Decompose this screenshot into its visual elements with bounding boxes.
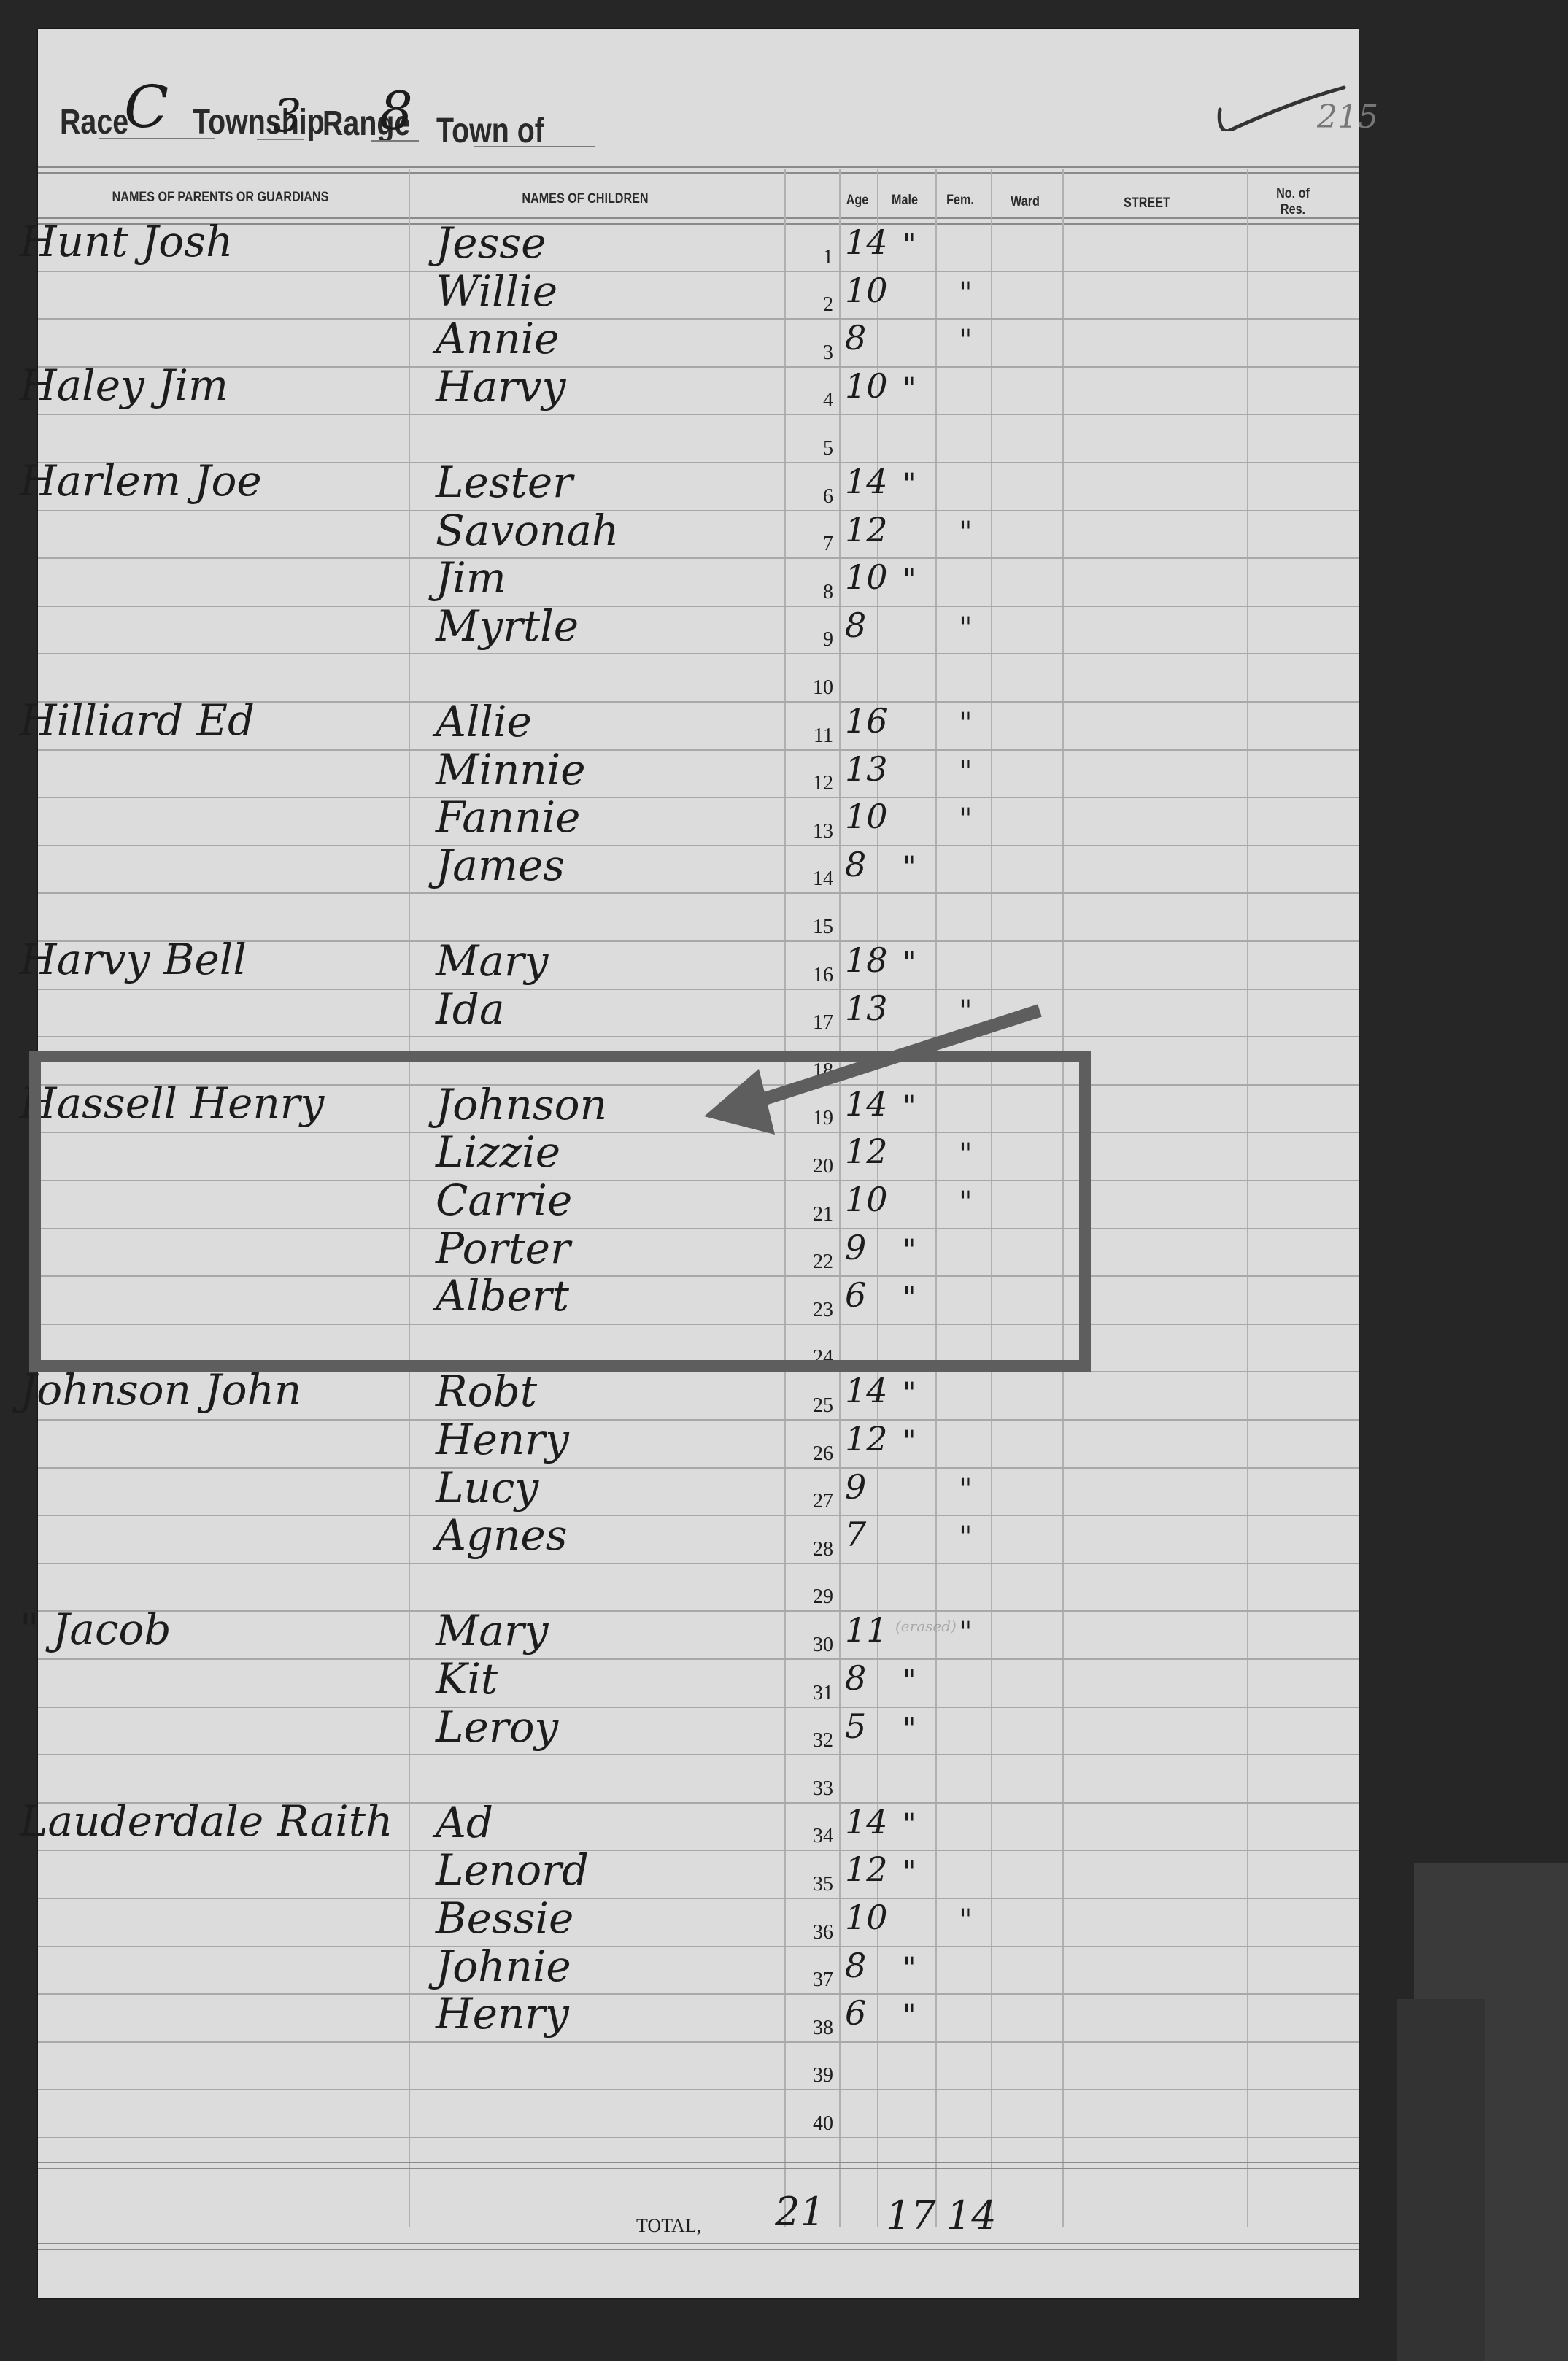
row-number: 6 <box>804 485 833 509</box>
child-age: 14 <box>845 1802 888 1842</box>
female-mark: " <box>959 611 972 645</box>
table-row: 37Johnie8" <box>38 1946 1359 1994</box>
parent-name: Harlem Joe <box>20 456 262 506</box>
male-mark: " <box>903 1377 916 1410</box>
table-row: 26Henry12" <box>38 1419 1359 1467</box>
table-row: 38Henry6" <box>38 1993 1359 2041</box>
row-rule <box>38 2137 1359 2138</box>
table-row: 9Myrtle8" <box>38 606 1359 654</box>
child-name: Lucy <box>436 1463 538 1512</box>
female-mark: " <box>959 755 972 789</box>
total-male: 17 <box>886 2192 936 2238</box>
female-mark: " <box>959 803 972 836</box>
row-number: 25 <box>804 1394 833 1418</box>
row-number: 32 <box>804 1729 833 1753</box>
table-row: 12Minnie13" <box>38 749 1359 797</box>
table-row: 32Leroy5" <box>38 1707 1359 1755</box>
row-number: 15 <box>804 916 833 939</box>
table-row: 40 <box>38 2089 1359 2137</box>
table-row: 36Bessie10" <box>38 1898 1359 1946</box>
child-age: 6 <box>845 1993 866 2033</box>
col-header-residence-line1: No. of <box>1268 186 1318 202</box>
child-age: 7 <box>845 1515 866 1554</box>
child-name: Bessie <box>436 1893 573 1943</box>
child-name: Ad <box>436 1798 493 1847</box>
child-name: Savonah <box>436 506 619 555</box>
parent-name: Harvy Bell <box>20 935 247 984</box>
female-mark: " <box>959 1473 972 1507</box>
male-mark: " <box>903 468 916 501</box>
check-mark-icon <box>1209 73 1348 131</box>
child-age: 9 <box>845 1467 866 1507</box>
table-row: 34Lauderdale RaithAd14" <box>38 1802 1359 1850</box>
female-mark: " <box>959 1904 972 1937</box>
table-row: 11Hilliard EdAllie16" <box>38 701 1359 749</box>
child-age: 16 <box>845 701 888 741</box>
female-mark: " <box>959 277 972 310</box>
child-age: 10 <box>845 271 888 310</box>
child-age: 10 <box>845 797 888 836</box>
male-mark: " <box>903 372 916 406</box>
child-name: Fannie <box>436 792 580 842</box>
row-number: 37 <box>804 1968 833 1992</box>
table-row: 15 <box>38 892 1359 940</box>
col-header-ward: Ward <box>1003 194 1047 210</box>
table-row: 30" JacobMary11(erased)" <box>38 1610 1359 1658</box>
child-name: Mary <box>436 936 548 986</box>
total-label: TOTAL, <box>636 2215 701 2237</box>
female-mark: " <box>959 994 972 1028</box>
col-header-age: Age <box>842 193 873 209</box>
child-name: Robt <box>436 1367 537 1416</box>
child-name: Willie <box>436 266 557 316</box>
col-header-residence: No. of Res. <box>1268 186 1318 218</box>
child-name: Jim <box>436 553 506 603</box>
table-row: 33 <box>38 1754 1359 1802</box>
child-age: 8 <box>845 606 866 645</box>
male-mark: " <box>903 228 916 262</box>
child-name: Leroy <box>436 1702 558 1752</box>
child-name: Johnie <box>436 1941 571 1991</box>
row-number: 8 <box>804 581 833 604</box>
row-number: 33 <box>804 1777 833 1801</box>
town-underline <box>474 146 595 147</box>
child-age: 12 <box>845 1850 888 1889</box>
parent-name: Haley Jim <box>20 360 228 410</box>
table-row: 16Harvy BellMary18" <box>38 940 1359 989</box>
child-name: Lenord <box>436 1845 589 1895</box>
table-row: 25Johnson JohnRobt14" <box>38 1371 1359 1419</box>
child-age: 10 <box>845 1898 888 1937</box>
range-value: 8 <box>379 80 413 142</box>
parent-name: Hilliard Ed <box>20 695 255 745</box>
row-number: 40 <box>804 2112 833 2136</box>
row-number: 26 <box>804 1442 833 1466</box>
child-age: 13 <box>845 749 888 789</box>
town-label: Town of <box>436 111 544 151</box>
table-row: 7Savonah12" <box>38 510 1359 558</box>
child-name: Myrtle <box>436 601 579 651</box>
table-row: 4Haley JimHarvy10" <box>38 366 1359 414</box>
male-mark: (erased) <box>895 1618 957 1635</box>
child-age: 10 <box>845 557 888 597</box>
table-row: 13Fannie10" <box>38 797 1359 845</box>
child-name: Allie <box>436 697 532 746</box>
male-mark: " <box>903 851 916 884</box>
total-top-rule <box>38 2162 1359 2169</box>
child-name: Harvy <box>436 362 565 411</box>
total-female: 14 <box>946 2192 997 2238</box>
township-value: 3 <box>273 89 301 142</box>
child-age: 14 <box>845 223 888 262</box>
row-number: 29 <box>804 1585 833 1609</box>
table-row: 39 <box>38 2041 1359 2090</box>
row-number: 3 <box>804 341 833 365</box>
row-number: 12 <box>804 772 833 795</box>
child-name: Minnie <box>436 745 586 795</box>
row-number: 10 <box>804 676 833 700</box>
row-number: 28 <box>804 1538 833 1561</box>
col-header-children: NAMES OF CHILDREN <box>468 191 703 207</box>
child-name: Mary <box>436 1606 548 1655</box>
parent-name: Lauderdale Raith <box>20 1796 393 1846</box>
table-row: 2Willie10" <box>38 271 1359 319</box>
child-name: Ida <box>436 984 505 1034</box>
male-mark: " <box>903 1999 916 2033</box>
col-header-residence-line2: Res. <box>1268 202 1318 218</box>
row-number: 16 <box>804 964 833 987</box>
row-number: 7 <box>804 533 833 556</box>
female-mark: " <box>959 324 972 358</box>
mounting-board-patch-lower <box>1397 1999 1485 2361</box>
table-row: 3Annie8" <box>38 318 1359 366</box>
male-mark: " <box>903 1664 916 1698</box>
male-mark: " <box>903 1808 916 1842</box>
child-age: 5 <box>845 1707 866 1746</box>
child-age: 12 <box>845 1419 888 1458</box>
child-age: 8 <box>845 1658 866 1698</box>
row-number: 35 <box>804 1873 833 1896</box>
female-mark: " <box>959 1520 972 1554</box>
col-header-male: Male <box>887 193 924 209</box>
child-age: 8 <box>845 1946 866 1985</box>
female-mark: " <box>959 1616 972 1650</box>
row-number: 14 <box>804 867 833 891</box>
row-number: 11 <box>804 724 833 748</box>
child-name: Agnes <box>436 1510 567 1560</box>
table-row: 8Jim10" <box>38 557 1359 606</box>
table-row: 27Lucy9" <box>38 1467 1359 1515</box>
parent-name: Hunt Josh <box>20 217 233 266</box>
child-age: 14 <box>845 1371 888 1410</box>
parent-name: Johnson John <box>20 1365 301 1415</box>
row-number: 2 <box>804 293 833 317</box>
col-header-street: STREET <box>1097 196 1197 212</box>
row-number: 4 <box>804 389 833 412</box>
male-mark: " <box>903 1712 916 1746</box>
male-mark: " <box>903 1855 916 1889</box>
child-name: Kit <box>436 1654 498 1704</box>
table-row: 14James8" <box>38 845 1359 893</box>
total-age: 21 <box>775 2189 825 2235</box>
child-age: 13 <box>845 989 888 1028</box>
child-age: 12 <box>845 510 888 549</box>
child-age: 10 <box>845 366 888 406</box>
table-row: 1Hunt JoshJesse14" <box>38 223 1359 271</box>
row-number: 1 <box>804 246 833 269</box>
child-name: James <box>436 841 565 890</box>
table-row: 28Agnes7" <box>38 1515 1359 1563</box>
male-mark: " <box>903 946 916 980</box>
female-mark: " <box>959 516 972 549</box>
child-age: 8 <box>845 845 866 884</box>
child-age: 18 <box>845 940 888 980</box>
township-label: Township <box>193 102 325 142</box>
row-number: 31 <box>804 1682 833 1705</box>
row-number: 5 <box>804 437 833 460</box>
male-mark: " <box>903 563 916 597</box>
row-number: 17 <box>804 1011 833 1035</box>
parent-name: " Jacob <box>20 1604 171 1654</box>
child-name: Henry <box>436 1415 569 1464</box>
child-name: Jesse <box>436 218 546 268</box>
child-name: Lester <box>436 457 573 507</box>
col-header-female: Fem. <box>942 193 979 209</box>
row-number: 13 <box>804 820 833 843</box>
highlight-box-hassell-family <box>29 1051 1091 1372</box>
table-row: 29 <box>38 1563 1359 1611</box>
table-row: 31Kit8" <box>38 1658 1359 1707</box>
child-name: Henry <box>436 1989 569 2039</box>
table-row: 6Harlem JoeLester14" <box>38 462 1359 510</box>
header-top-rule <box>38 166 1359 174</box>
race-value: C <box>124 73 169 141</box>
row-number: 27 <box>804 1490 833 1513</box>
female-mark: " <box>959 707 972 741</box>
child-age: 14 <box>845 462 888 501</box>
male-mark: " <box>903 1425 916 1458</box>
total-bottom-rule <box>38 2243 1359 2250</box>
row-number: 34 <box>804 1825 833 1848</box>
race-label: Race <box>60 102 128 142</box>
col-header-parents: NAMES OF PARENTS OR GUARDIANS <box>90 190 351 206</box>
table-row: 10 <box>38 653 1359 701</box>
child-age: 11 <box>845 1610 888 1650</box>
row-number: 36 <box>804 1921 833 1944</box>
male-mark: " <box>903 1952 916 1985</box>
row-number: 9 <box>804 628 833 652</box>
child-age: 8 <box>845 318 866 358</box>
row-number: 30 <box>804 1634 833 1657</box>
table-row: 35Lenord12" <box>38 1850 1359 1898</box>
row-number: 39 <box>804 2064 833 2087</box>
child-name: Annie <box>436 314 559 363</box>
table-row: 17Ida13" <box>38 989 1359 1037</box>
row-number: 38 <box>804 2017 833 2040</box>
table-row: 5 <box>38 414 1359 462</box>
